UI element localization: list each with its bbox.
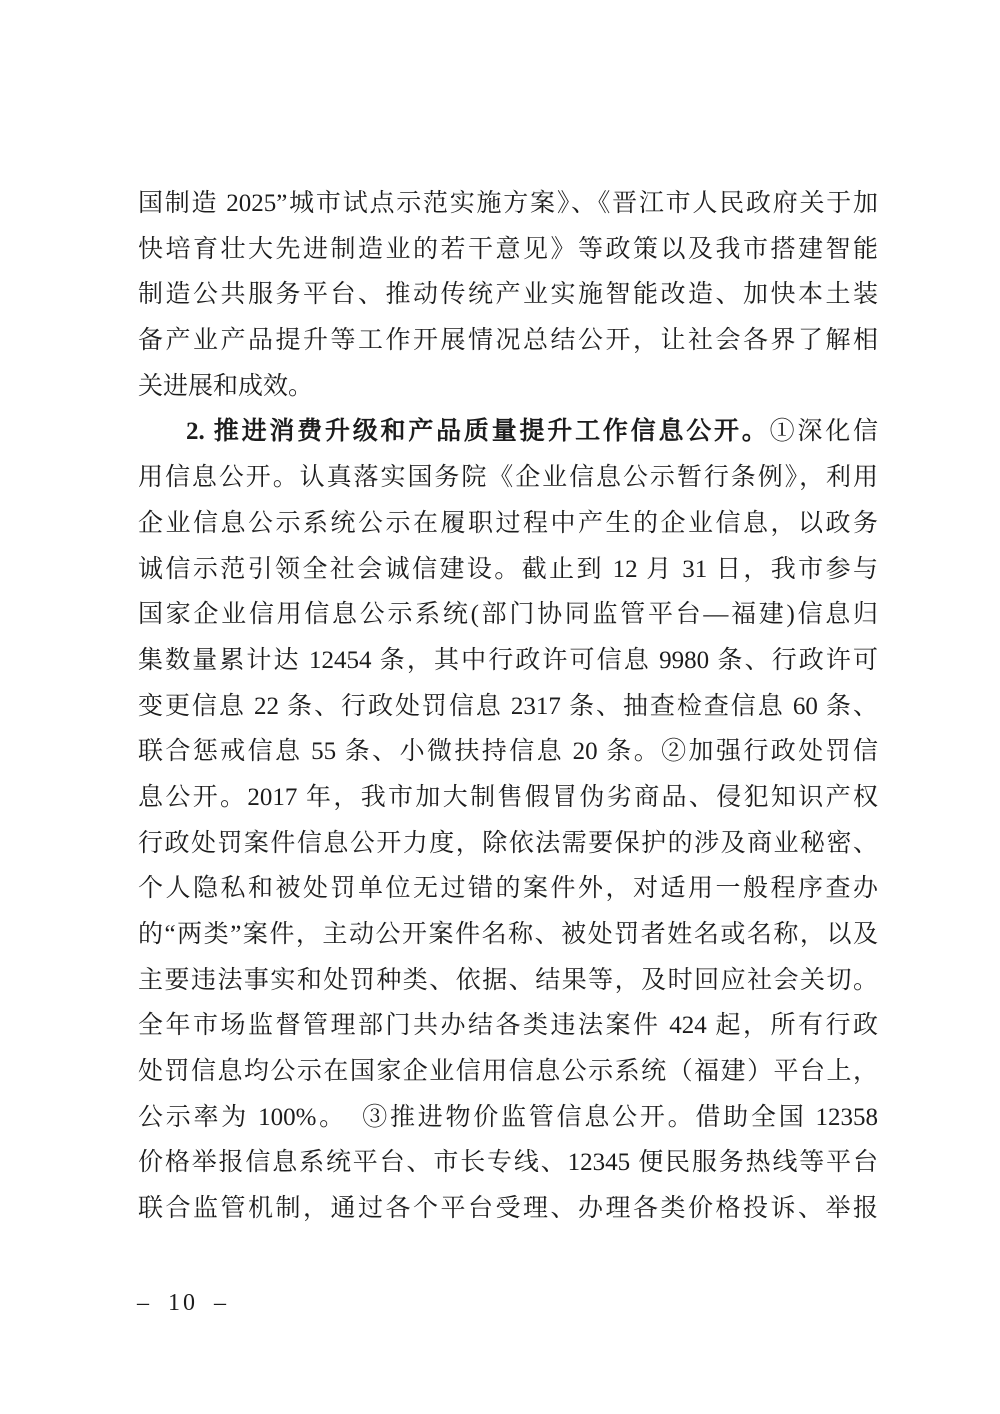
text-line: 联合惩戒信息 55 条、小微扶持信息 20 条。②加强行政处罚信 (138, 729, 878, 775)
body-text: 国制造 2025”城市试点示范实施方案》、《晋江市人民政府关于加 快培育壮大先进… (138, 181, 878, 1232)
text-line: 变更信息 22 条、行政处罚信息 2317 条、抽查检查信息 60 条、 (138, 684, 878, 730)
section-heading: 2. 推进消费升级和产品质量提升工作信息公开。 (186, 418, 770, 445)
text-line: 的“两类”案件，主动公开案件名称、被处罚者姓名或名称，以及 (138, 912, 878, 958)
text-line: 备产业产品提升等工作开展情况总结公开，让社会各界了解相 (138, 318, 878, 364)
text-line: 处罚信息均公示在国家企业信用信息公示系统（福建）平台上， (138, 1049, 878, 1095)
text-line: 公示率为 100%。 ③推进物价监管信息公开。借助全国 12358 (138, 1095, 878, 1141)
text-line: 快培育壮大先进制造业的若干意见》等政策以及我市搭建智能 (138, 227, 878, 273)
text-line: 诚信示范引领全社会诚信建设。截止到 12 月 31 日，我市参与 (138, 547, 878, 593)
text-line: 全年市场监督管理部门共办结各类违法案件 424 起，所有行政 (138, 1003, 878, 1049)
text-segment: ①深化信 (770, 418, 878, 445)
text-line: 集数量累计达 12454 条，其中行政许可信息 9980 条、行政许可 (138, 638, 878, 684)
text-line: 制造公共服务平台、推动传统产业实施智能改造、加快本土装 (138, 272, 878, 318)
text-line: 企业信息公示系统公示在履职过程中产生的企业信息，以政务 (138, 501, 878, 547)
text-line-section-start: 2. 推进消费升级和产品质量提升工作信息公开。①深化信 (138, 409, 878, 455)
text-line: 个人隐私和被处罚单位无过错的案件外，对适用一般程序查办 (138, 866, 878, 912)
text-line: 息公开。2017 年，我市加大制售假冒伪劣商品、侵犯知识产权 (138, 775, 878, 821)
text-line: 价格举报信息系统平台、市长专线、12345 便民服务热线等平台 (138, 1140, 878, 1186)
page-number: – 10 – (137, 1290, 229, 1317)
text-line: 联合监管机制，通过各个平台受理、办理各类价格投诉、举报 (138, 1186, 878, 1232)
text-line: 主要违法事实和处罚种类、依据、结果等，及时回应社会关切。 (138, 958, 878, 1004)
text-line: 国制造 2025”城市试点示范实施方案》、《晋江市人民政府关于加 (138, 181, 878, 227)
text-line: 关进展和成效。 (138, 364, 878, 410)
document-page: 国制造 2025”城市试点示范实施方案》、《晋江市人民政府关于加 快培育壮大先进… (0, 0, 1000, 1414)
text-line: 用信息公开。认真落实国务院《企业信息公示暂行条例》，利用 (138, 455, 878, 501)
text-line: 国家企业信用信息公示系统(部门协同监管平台—福建)信息归 (138, 592, 878, 638)
text-line: 行政处罚案件信息公开力度，除依法需要保护的涉及商业秘密、 (138, 821, 878, 867)
